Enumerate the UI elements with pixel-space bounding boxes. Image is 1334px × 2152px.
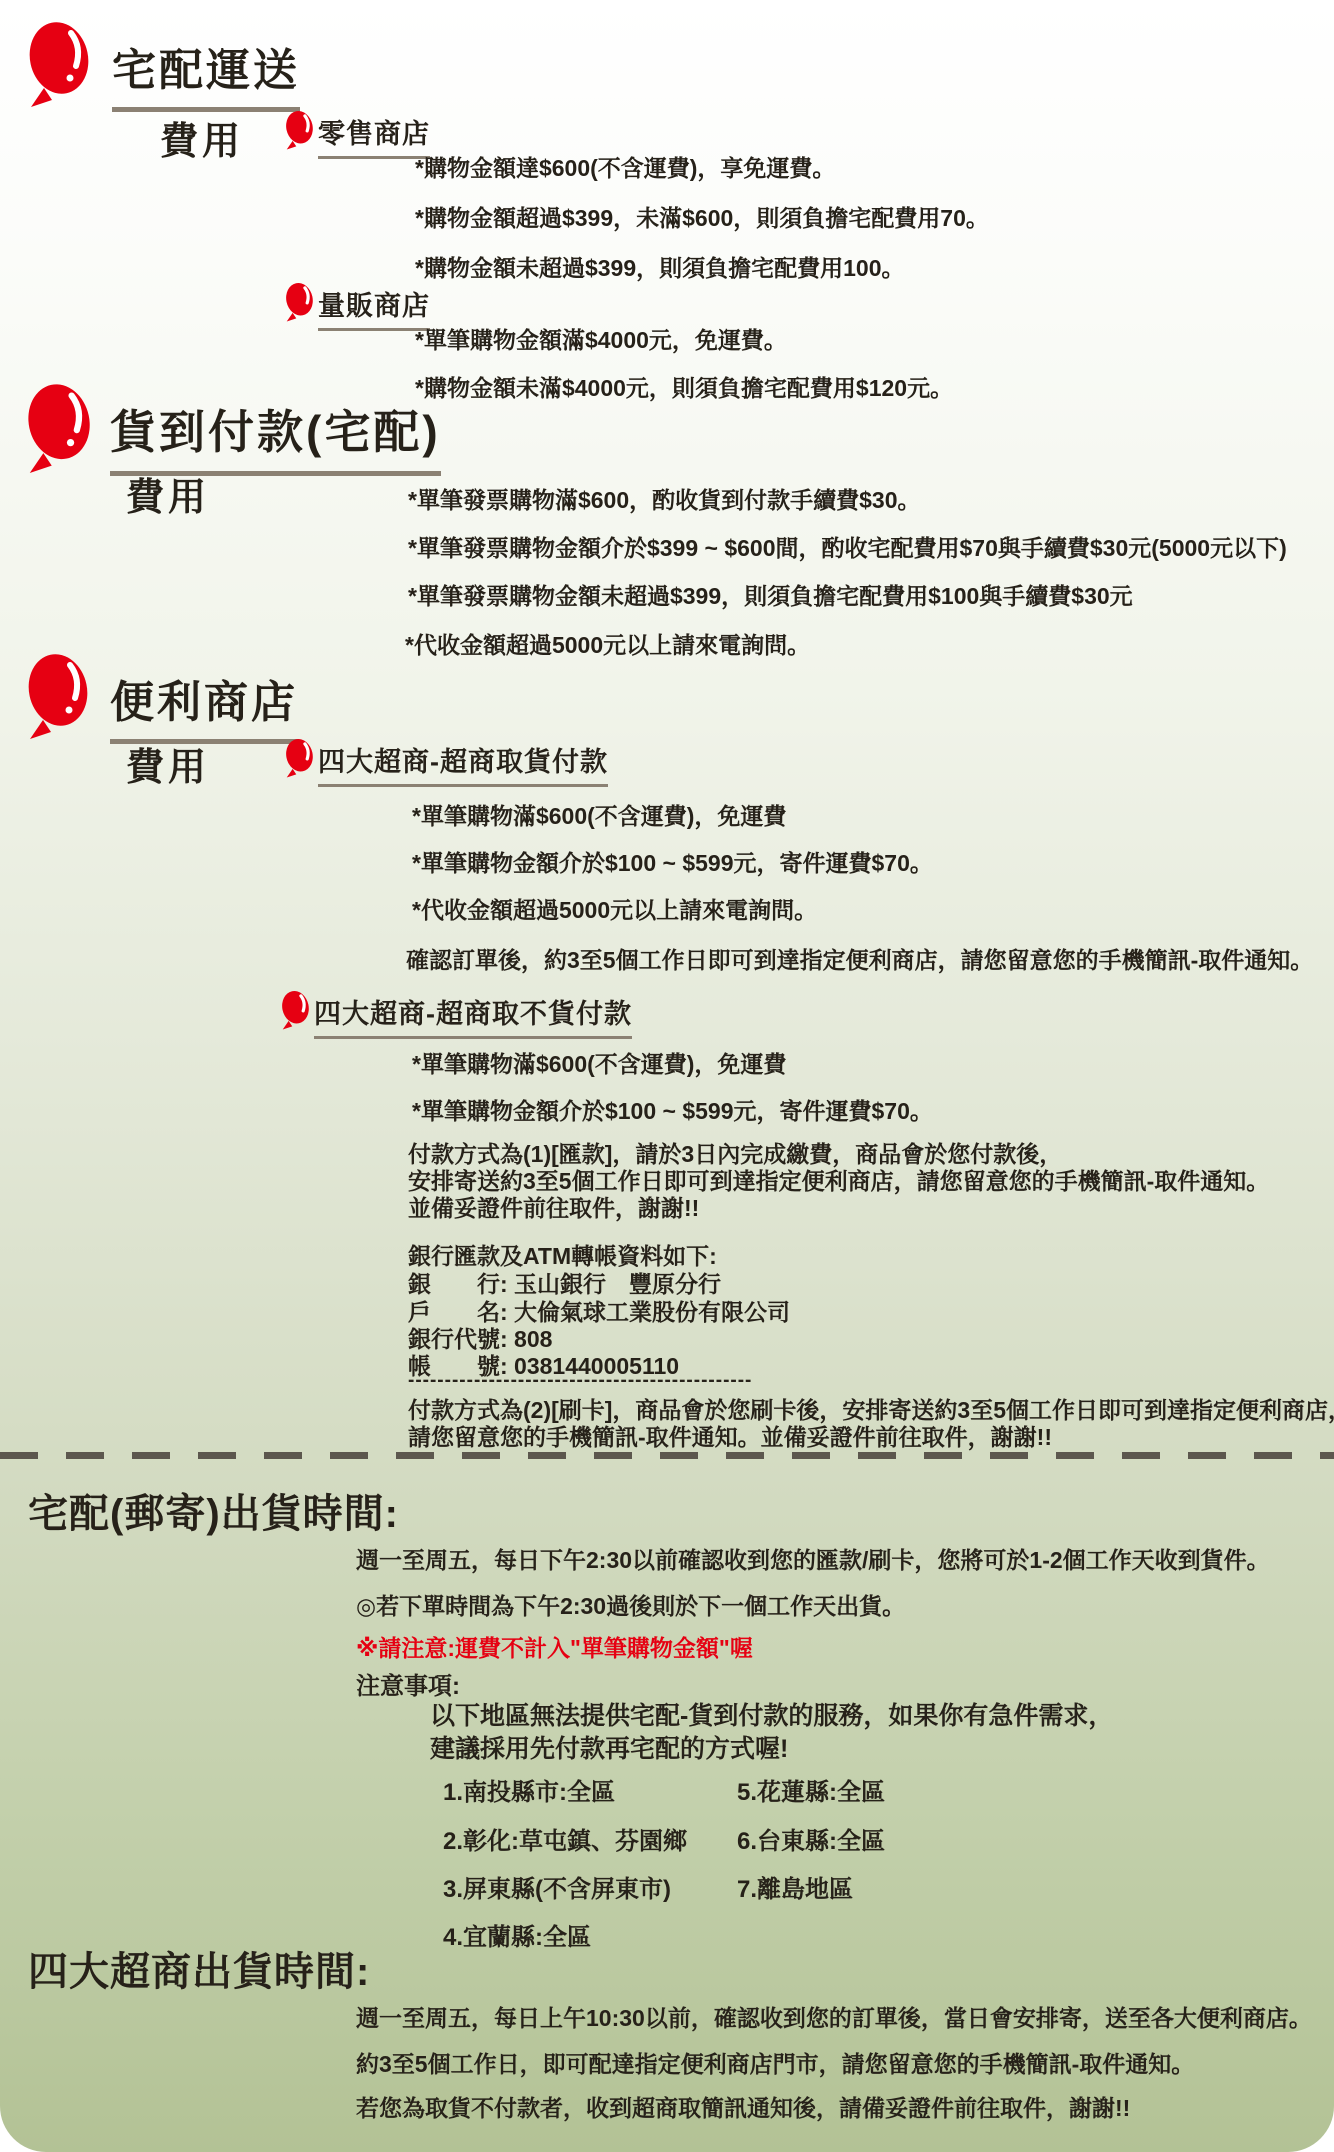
fee-label: 費用 <box>126 466 210 521</box>
section-title-home-delivery: 宅配運送 <box>112 34 300 112</box>
notice-line: 以下地區無法提供宅配-貨到付款的服務，如果你有急件需求， <box>430 1696 1113 1732</box>
region-item: 2.彰化:草屯鎮、芬園鄉 <box>443 1821 687 1856</box>
bullet-line: *購物金額未超過$399，則須負擔宅配費用100。 <box>415 250 905 283</box>
group-label-pickup-pay: 四大超商-超商取貨付款 <box>318 740 608 787</box>
dashed-divider <box>0 1452 1334 1459</box>
group-label-pickup-nopay: 四大超商-超商取不貨付款 <box>314 992 632 1039</box>
bullet-line: *單筆購物金額介於$100 ~ $599元，寄件運費$70。 <box>412 845 933 878</box>
bullet-line: *單筆購物滿$600(不含運費)，免運費 <box>412 798 786 831</box>
bullet-line: *購物金額達$600(不含運費)，享免運費。 <box>415 150 835 183</box>
region-item: 3.屏東縣(不含屏東市) <box>443 1869 671 1904</box>
balloon-icon <box>280 990 310 1030</box>
region-item: 4.宜蘭縣:全區 <box>443 1917 591 1952</box>
payment-method-1-line: 並備妥證件前往取件，謝謝!! <box>408 1190 699 1223</box>
home-shipping-time-title: 宅配(郵寄)出貨時間: <box>28 1482 399 1539</box>
notice-line: 建議採用先付款再宅配的方式喔! <box>430 1729 788 1765</box>
section-title-cvs: 便利商店 <box>110 666 298 744</box>
region-item: 5.花蓮縣:全區 <box>737 1772 885 1807</box>
group-label-wholesale: 量販商店 <box>318 284 430 331</box>
small-dashed-separator: ----------------------------------------… <box>408 1370 752 1392</box>
bullet-line: *單筆發票購物滿$600，酌收貨到付款手續費$30。 <box>408 482 921 515</box>
balloon-icon <box>284 738 314 778</box>
balloon-icon <box>24 382 92 474</box>
group-label-retail: 零售商店 <box>318 112 430 159</box>
bullet-line: *單筆購物金額滿$4000元，免運費。 <box>415 322 787 355</box>
schedule-line: 週一至周五，每日上午10:30以前，確認收到您的訂單後，當日會安排寄，送至各大便… <box>356 2000 1312 2033</box>
region-item: 7.離島地區 <box>737 1869 853 1904</box>
schedule-line: 若您為取貨不付款者，收到超商取簡訊通知後，請備妥證件前往取件，謝謝!! <box>356 2090 1130 2123</box>
balloon-icon <box>284 282 314 322</box>
schedule-line: ◎若下單時間為下午2:30過後則於下一個工作天出貨。 <box>356 1588 905 1621</box>
balloon-icon <box>26 20 90 108</box>
region-item: 1.南投縣市:全區 <box>443 1772 615 1807</box>
red-warning-note: ※請注意:運費不計入"單筆購物金額"喔 <box>356 1630 753 1663</box>
bullet-line: *單筆發票購物金額未超過$399，則須負擔宅配費用$100與手續費$30元 <box>408 578 1133 611</box>
payment-method-2-line: 請您留意您的手機簡訊-取件通知。並備妥證件前往取件，謝謝!! <box>408 1419 1052 1452</box>
bullet-line: *代收金額超過5000元以上請來電詢問。 <box>412 892 817 925</box>
balloon-icon <box>24 652 90 740</box>
bullet-line: *單筆購物金額介於$100 ~ $599元，寄件運費$70。 <box>412 1093 933 1126</box>
balloon-icon <box>284 110 314 150</box>
bullet-line: *代收金額超過5000元以上請來電詢問。 <box>405 627 810 660</box>
bullet-line: *單筆購物滿$600(不含運費)，免運費 <box>412 1046 786 1079</box>
fee-label: 費用 <box>126 736 210 791</box>
section-title-cod: 貨到付款(宅配) <box>110 396 441 476</box>
pickup-pay-note: 確認訂單後，約3至5個工作日即可到達指定便利商店，請您留意您的手機簡訊-取件通知… <box>406 942 1313 975</box>
schedule-line: 週一至周五，每日下午2:30以前確認收到您的匯款/刷卡，您將可於1-2個工作天收… <box>356 1542 1270 1575</box>
shipping-info-page: 宅配運送 費用 零售商店 *購物金額達$600(不含運費)，享免運費。 *購物金… <box>0 0 1334 2152</box>
fee-label: 費用 <box>160 110 244 165</box>
bullet-line: *購物金額超過$399，未滿$600，則須負擔宅配費用70。 <box>415 200 989 233</box>
region-item: 6.台東縣:全區 <box>737 1821 885 1856</box>
bullet-line: *單筆發票購物金額介於$399 ~ $600間，酌收宅配費用$70與手續費$30… <box>408 530 1287 563</box>
cvs-shipping-time-title: 四大超商出貨時間: <box>28 1940 370 1997</box>
bullet-line: *購物金額未滿$4000元，則須負擔宅配費用$120元。 <box>415 370 953 403</box>
schedule-line: 約3至5個工作日，即可配達指定便利商店門市，請您留意您的手機簡訊-取件通知。 <box>356 2046 1194 2079</box>
